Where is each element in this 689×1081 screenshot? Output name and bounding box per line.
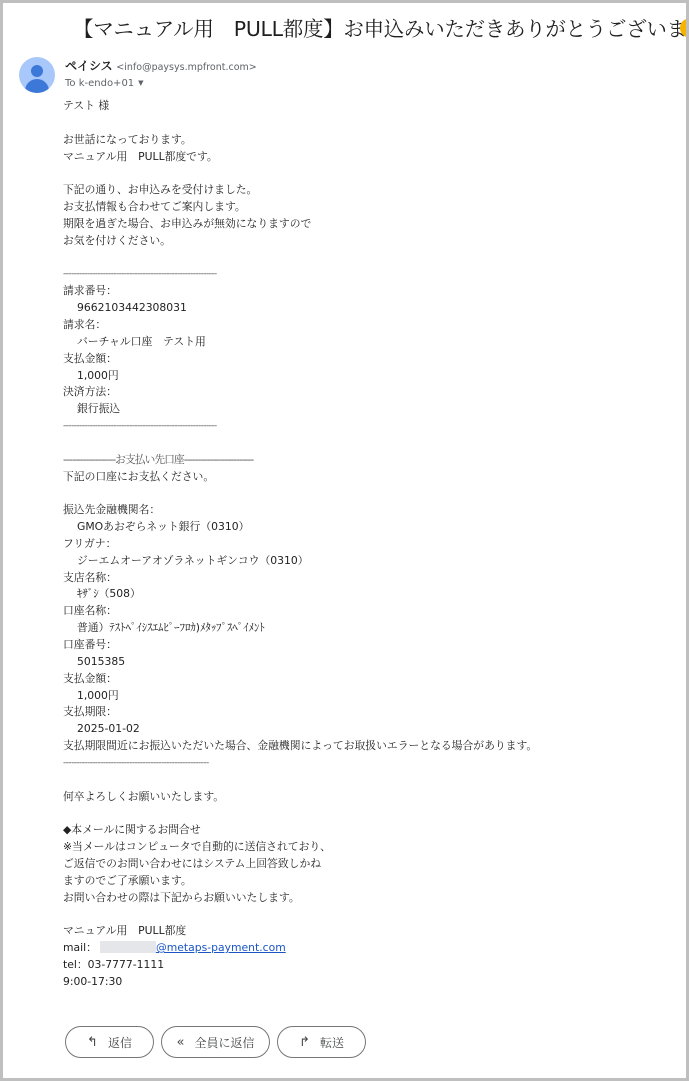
email-subject: 【マニュアル用 PULL都度】お申込みいただきありがとうございます。: [73, 14, 686, 44]
reply-all-label: 全員に返信: [194, 1034, 254, 1051]
signature-hours: 9:00-17:30: [63, 974, 663, 991]
reply-all-icon: «: [177, 1035, 185, 1050]
forward-button[interactable]: ↱ 転送: [277, 1026, 366, 1058]
inquiry-line: ※当メールはコンピュータで自動的に送信されており、: [63, 839, 663, 856]
inquiry-line: お問い合わせの際は下記からお願いいたします。: [63, 890, 663, 907]
inquiry-line: ご返信でのお問い合わせにはシステム上回答致しかね: [63, 856, 663, 873]
intro-line: お世話になっております。: [63, 132, 663, 149]
sender-line: ペイシス <info@paysys.mpfront.com>: [65, 58, 257, 76]
account-label: 支払金額：: [63, 671, 663, 688]
recipient-label: To k-endo+01: [65, 78, 134, 89]
chevron-down-icon[interactable]: ▼: [138, 75, 143, 91]
billing-number: 9662103442308031: [63, 300, 663, 317]
account-number: 5015385: [63, 654, 663, 671]
signature-tel: tel：03-7777-1111: [63, 957, 663, 974]
closing: 何卒よろしくお願いいたします。: [63, 789, 663, 806]
sender-avatar[interactable]: [19, 57, 55, 93]
reply-icon: ↰: [87, 1035, 98, 1050]
notice-line: お気を付けください。: [63, 233, 663, 250]
person-avatar-icon: [31, 65, 43, 77]
support-email-link[interactable]: @metaps-payment.com: [156, 941, 286, 954]
intro-line: マニュアル用 PULL都度です。: [63, 149, 663, 166]
branch-name: ｷｻﾞｼ（508）: [63, 586, 663, 603]
deadline-warning: 支払期限間近にお振込いただいた場合、金融機関によってお取扱いエラーとなる場合があ…: [63, 738, 663, 755]
separator: ----------------------------------------…: [63, 755, 663, 772]
forward-label: 転送: [320, 1034, 344, 1051]
account-label: 口座番号：: [63, 637, 663, 654]
account-label: 支店名称：: [63, 570, 663, 587]
reply-label: 返信: [108, 1034, 132, 1051]
inquiry-line: ◆本メールに関するお問合せ: [63, 822, 663, 839]
payment-method: 銀行振込: [63, 401, 663, 418]
email-view: 【マニュアル用 PULL都度】お申込みいただきありがとうございます。 ペイシス …: [3, 3, 686, 1078]
billing-label: 決済方法：: [63, 384, 663, 401]
person-avatar-body: [25, 79, 49, 93]
signature-name: マニュアル用 PULL都度: [63, 923, 663, 940]
bank-furigana: ジーエムオーアオゾラネットギンコウ（0310）: [63, 553, 663, 570]
bank-name: GMOあおぞらネット銀行（0310）: [63, 519, 663, 536]
notice-line: 下記の通り、お申込みを受付けました。: [63, 182, 663, 199]
billing-label: 支払金額：: [63, 351, 663, 368]
signature-mail: mail：@metaps-payment.com: [63, 940, 663, 957]
inquiry-line: ますのでご了承願います。: [63, 873, 663, 890]
account-intro: 下記の口座にお支払ください。: [63, 469, 663, 486]
payment-amount: 1,000円: [63, 688, 663, 705]
recipient-line[interactable]: To k-endo+01▼: [65, 75, 144, 92]
billing-amount: 1,000円: [63, 368, 663, 385]
sender-email: <info@paysys.mpfront.com>: [116, 62, 256, 73]
reply-button[interactable]: ↰ 返信: [65, 1026, 154, 1058]
redacted-block: [100, 941, 156, 953]
email-body: テスト 様 お世話になっております。 マニュアル用 PULL都度です。 下記の通…: [63, 98, 663, 991]
billing-label: 請求名：: [63, 317, 663, 334]
billing-label: 請求番号：: [63, 283, 663, 300]
account-label: 口座名称：: [63, 603, 663, 620]
billing-name: バーチャル口座 テスト用: [63, 334, 663, 351]
account-label: フリガナ：: [63, 536, 663, 553]
forward-icon: ↱: [299, 1035, 310, 1050]
notice-line: お支払情報も合わせてご案内します。: [63, 199, 663, 216]
separator: ----------------------------------------…: [63, 418, 663, 435]
account-label: 支払期限：: [63, 704, 663, 721]
separator: ----------------------------------------…: [63, 266, 663, 283]
notice-line: 期限を過ぎた場合、お申込みが無効になりますので: [63, 216, 663, 233]
sender-name[interactable]: ペイシス: [65, 59, 113, 73]
payment-deadline: 2025-01-02: [63, 721, 663, 738]
account-section-header: ------------------お支払い先口座---------------…: [63, 452, 663, 469]
greeting: テスト 様: [63, 98, 663, 115]
reply-all-button[interactable]: « 全員に返信: [161, 1026, 270, 1058]
account-holder: 普通）ﾃｽﾄﾍﾟｲｼｽｴﾑﾋﾟｰﾌﾛｶ)ﾒﾀｯﾌﾟｽﾍﾟｲﾒﾝﾄ: [63, 620, 663, 637]
mail-label: mail：: [63, 941, 97, 954]
account-label: 振込先金融機関名：: [63, 502, 663, 519]
